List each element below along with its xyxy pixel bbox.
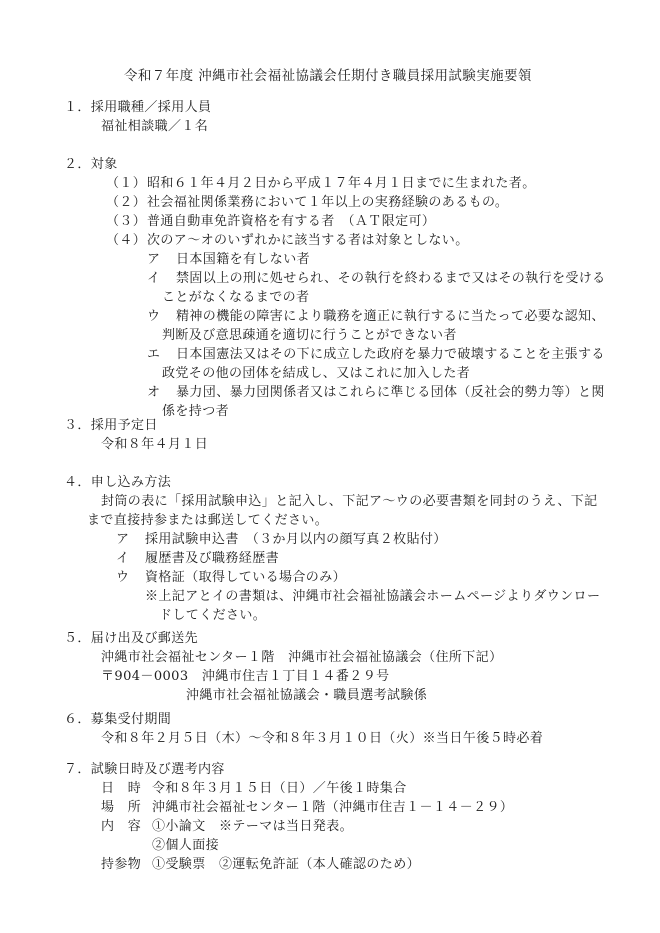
doc-text: 採用試験申込書 （３か月以内の顔写真２枚貼付） [145, 531, 447, 548]
exam-value: 沖縄市社会福祉センター１階（沖縄市住吉１－１４－２９） [152, 799, 513, 816]
exclusion-mark: ア [147, 251, 160, 268]
exclusion-text-cont: ことがなくなるまでの者 [162, 289, 309, 306]
eligibility-text: 社会福祉関係業務において１年以上の実務経験のあるもの。 [147, 194, 508, 211]
exclusion-text: 日本国憲法又はその下に成立した政府を暴力で破壊することを主張する [176, 346, 605, 363]
section-4-heading: ４．申し込み方法 [64, 474, 171, 491]
address-line: 〒904－0003 沖縄市住吉１丁目１４番２９号 [101, 668, 390, 685]
section-3-body: 令和８年４月１日 [101, 436, 208, 453]
exam-label: 日 時 [101, 780, 141, 797]
eligibility-num: （２） [106, 194, 146, 211]
exclusion-mark: イ [147, 270, 160, 287]
download-note-cont: ドしてください。 [159, 607, 266, 624]
exam-label: 場 所 [101, 799, 141, 816]
exclusion-mark: エ [147, 346, 160, 363]
exam-label: 内 容 [101, 818, 141, 835]
download-note: ※上記アとイの書類は、沖縄市社会福祉協議会ホームページよりダウンロー [145, 588, 600, 605]
exclusion-text-cont: 政党その他の団体を結成し、又はこれに加入した者 [162, 365, 470, 382]
doc-text: 履歴書及び職務経歴書 [145, 550, 279, 567]
exclusion-text-cont: 判断及び意思疎通を適切に行うことができない者 [162, 327, 457, 344]
exam-value: ①受験票 ②運転免許証（本人確認のため） [152, 856, 420, 873]
doc-mark: イ [116, 550, 129, 567]
eligibility-text: 普通自動車免許資格を有する者 （ＡＴ限定可） [147, 213, 435, 230]
exclusion-text: 精神の機能の障害により職務を適正に執行するに当たって必要な認知、 [176, 308, 605, 325]
exam-value: ②個人面接 [152, 837, 219, 854]
exclusion-text: 日本国籍を有しない者 [176, 251, 310, 268]
section-1-heading: １．採用職種／採用人員 [64, 99, 211, 116]
section-4-para: 封筒の表に「採用試験申込」と記入し、下記ア～ウの必要書類を同封のうえ、下記 [101, 493, 598, 510]
section-5-heading: ５．届け出及び郵送先 [64, 630, 198, 647]
doc-mark: ウ [116, 569, 129, 586]
exam-value: ①小論文 ※テーマは当日発表。 [152, 818, 353, 835]
doc-mark: ア [116, 531, 129, 548]
section-6-heading: ６．募集受付期間 [64, 711, 171, 728]
doc-text: 資格証（取得している場合のみ） [145, 569, 346, 586]
section-7-heading: ７．試験日時及び選考内容 [64, 761, 225, 778]
section-3-heading: ３．採用予定日 [64, 417, 158, 434]
eligibility-num: （３） [106, 213, 146, 230]
section-1-body: 福祉相談職／１名 [101, 118, 208, 135]
address-line: 沖縄市社会福祉センター１階 沖縄市社会福祉協議会（住所下記） [101, 649, 502, 666]
exclusion-text-cont: 係を持つ者 [162, 403, 229, 420]
exam-label: 持参物 [101, 856, 141, 873]
section-4-para-cont: まで直接持参または郵送してください。 [87, 512, 328, 529]
eligibility-text: 昭和６１年４月２日から平成１７年４月１日までに生まれた者。 [147, 175, 536, 192]
document-title: 令和７年度 沖縄市社会福祉協議会任期付き職員採用試験実施要領 [124, 68, 532, 85]
exclusion-text: 暴力団、暴力団関係者又はこれらに準じる団体（反社会的勢力等）と関 [176, 384, 605, 401]
address-line: 沖縄市社会福祉協議会・職員選考試験係 [186, 687, 427, 704]
section-6-body: 令和８年２月５日（木）～令和８年３月１０日（火）※当日午後５時必着 [101, 730, 543, 747]
exclusion-mark: ウ [147, 308, 160, 325]
eligibility-text: 次のア～オのいずれかに該当する者は対象としない。 [147, 232, 469, 249]
exclusion-mark: オ [147, 384, 160, 401]
exclusion-text: 禁固以上の刑に処せられ、その執行を終わるまで又はその執行を受ける [176, 270, 606, 287]
eligibility-num: （１） [106, 175, 146, 192]
exam-value: 令和８年３月１５日（日）／午後１時集合 [152, 780, 407, 797]
section-2-heading: ２．対象 [64, 156, 118, 173]
eligibility-num: （４） [106, 232, 146, 249]
